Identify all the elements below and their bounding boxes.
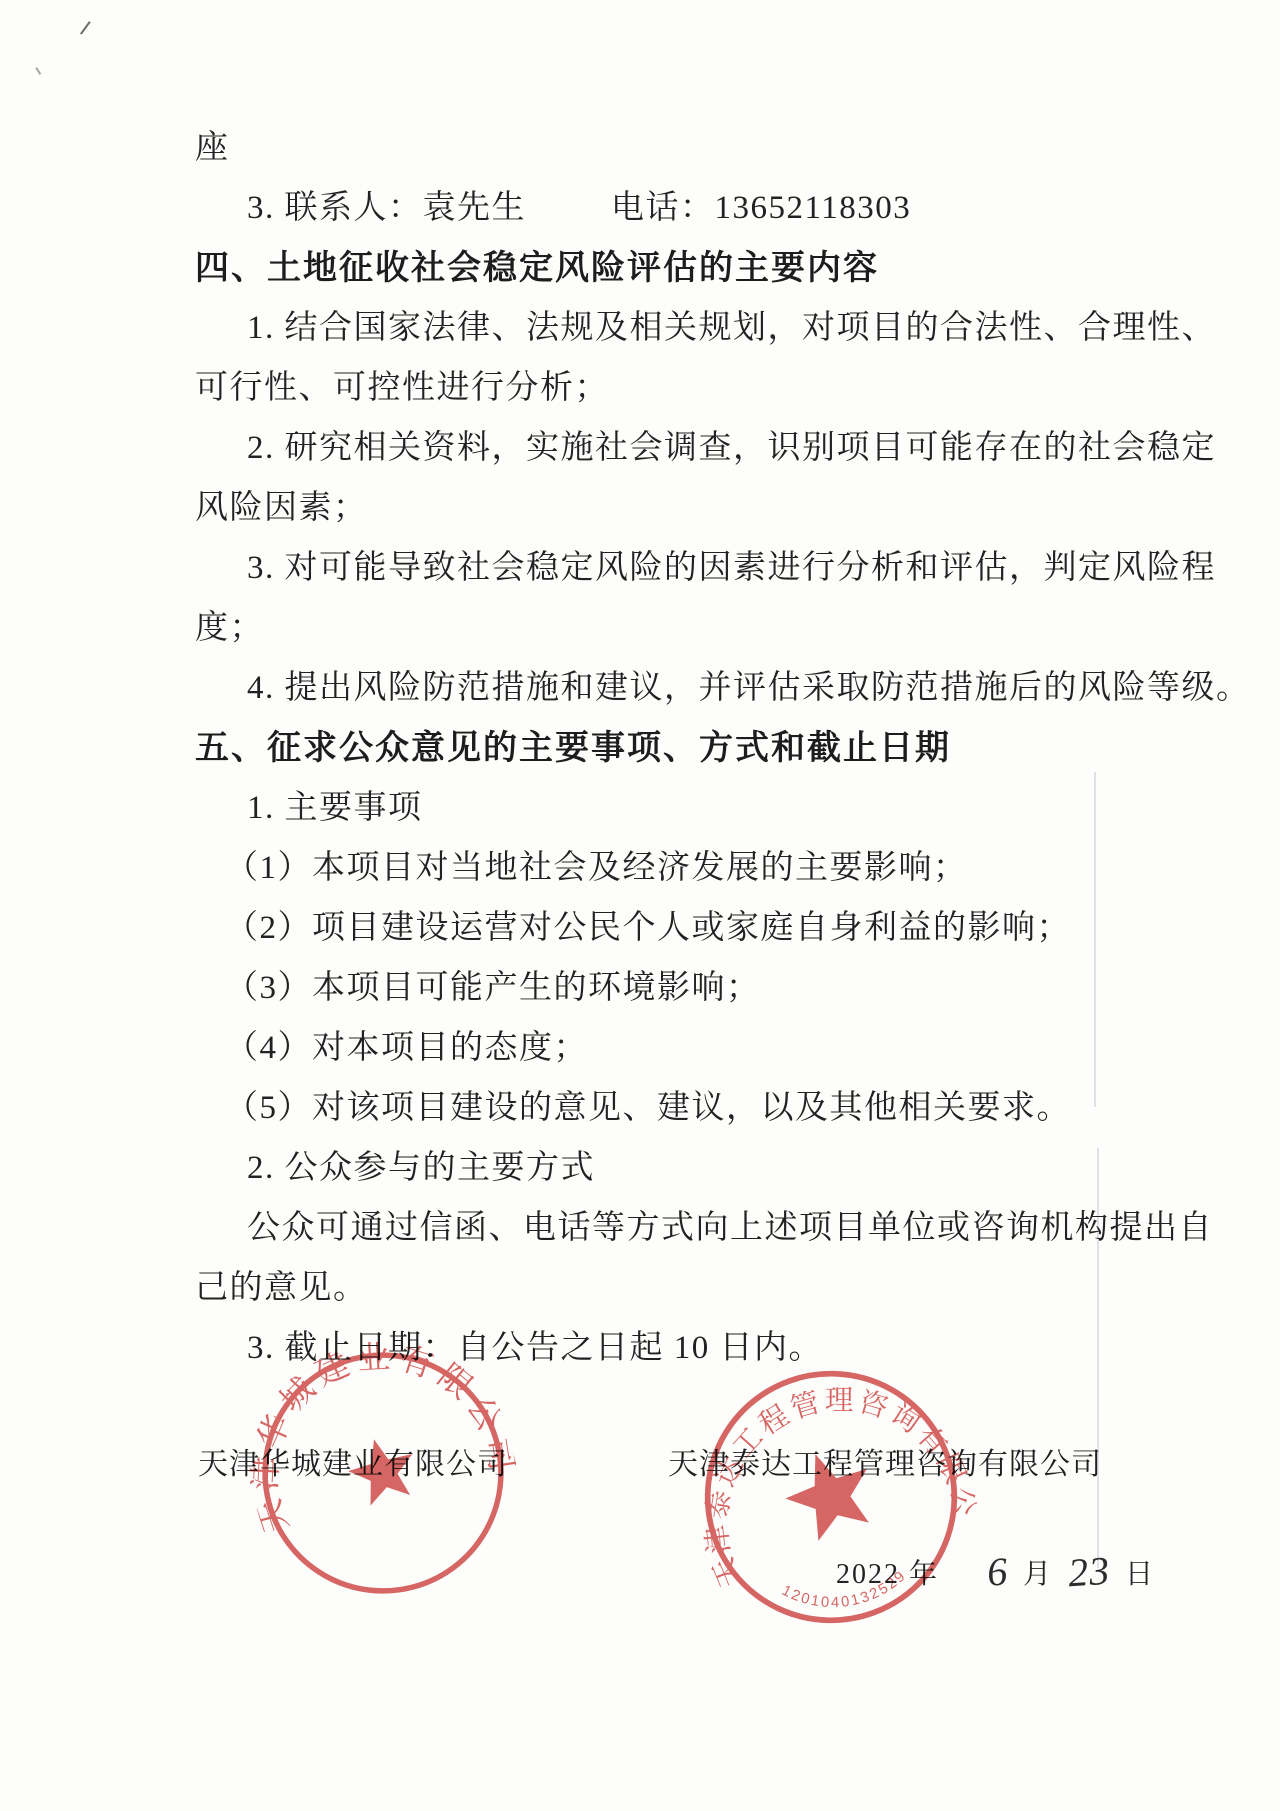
text-line: 风险因素；: [195, 478, 1150, 538]
text-line: 4. 提出风险防范措施和建议，并评估采取防范措施后的风险等级。: [195, 658, 1150, 718]
text-line: 2. 研究相关资料，实施社会调查，识别项目可能存在的社会稳定: [195, 418, 1150, 478]
text-line: （3）本项目可能产生的环境影响；: [195, 958, 1150, 1018]
date-day-suffix: 日: [1125, 1559, 1155, 1590]
text-line: 2. 公众参与的主要方式: [195, 1138, 1150, 1198]
text-line: 己的意见。: [195, 1258, 1150, 1318]
text-line: 度；: [195, 598, 1150, 658]
section-heading-5: 五、征求公众意见的主要事项、方式和截止日期: [195, 718, 1150, 778]
scan-artifact-mark: [35, 65, 44, 75]
star-icon: [342, 1431, 422, 1509]
text-line: （1）本项目对当地社会及经济发展的主要影响；: [195, 838, 1150, 898]
scan-artifact-mark: [80, 21, 98, 37]
star-icon: [775, 1439, 885, 1546]
contact-phone: 电话：13652118303: [611, 178, 911, 238]
text-line: 3. 对可能导致社会稳定风险的因素进行分析和评估，判定风险程: [195, 538, 1150, 598]
text-line: 公众可通过信函、电话等方式向上述项目单位或咨询机构提出自: [195, 1198, 1150, 1258]
scanned-document-page: 座 3. 联系人：袁先生 电话：13652118303 四、土地征收社会稳定风险…: [0, 0, 1280, 1811]
date-day-handwritten: 23: [1067, 1549, 1112, 1596]
section-heading-4: 四、土地征收社会稳定风险评估的主要内容: [195, 238, 1150, 298]
date-month-suffix: 月: [1023, 1559, 1053, 1590]
text-line: （5）对该项目建设的意见、建议，以及其他相关要求。: [195, 1078, 1150, 1138]
text-line: （4）对本项目的态度；: [195, 1018, 1150, 1078]
text-line: 可行性、可控性进行分析；: [195, 358, 1150, 418]
text-line: （2）项目建设运营对公民个人或家庭自身利益的影响；: [195, 898, 1150, 958]
text-line: 座: [195, 118, 1150, 178]
contact-line: 3. 联系人：袁先生 电话：13652118303: [195, 178, 1150, 238]
text-line: 1. 主要事项: [195, 778, 1150, 838]
text-line: 1. 结合国家法律、法规及相关规划，对项目的合法性、合理性、: [195, 298, 1150, 358]
document-body: 座 3. 联系人：袁先生 电话：13652118303 四、土地征收社会稳定风险…: [195, 118, 1150, 1378]
contact-person: 3. 联系人：袁先生: [195, 178, 526, 238]
